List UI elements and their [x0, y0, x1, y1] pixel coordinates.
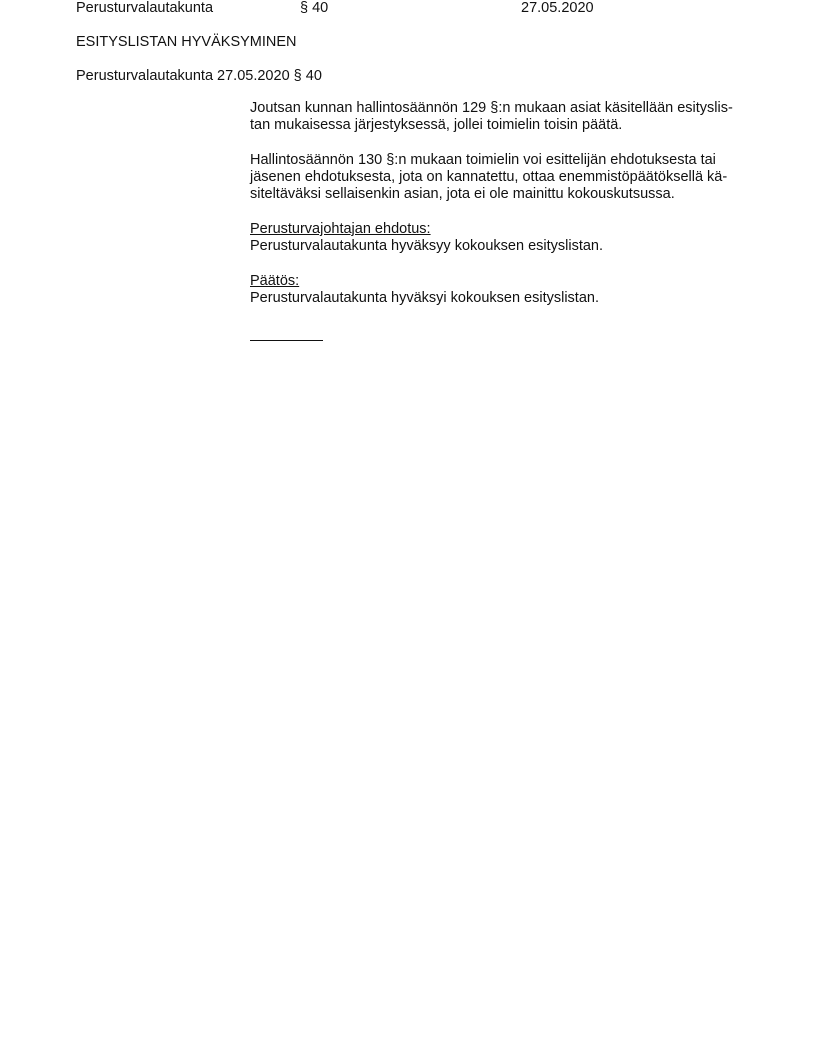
- document-title: ESITYSLISTAN HYVÄKSYMINEN: [76, 34, 297, 51]
- header-section-number: § 40: [300, 0, 328, 17]
- paragraph-agenda-order: Joutsan kunnan hallintosäännön 129 §:n m…: [250, 100, 750, 134]
- paragraph-line: tan mukaisessa järjestyksessä, jollei to…: [250, 117, 750, 134]
- paragraph-line: Joutsan kunnan hallintosäännön 129 §:n m…: [250, 100, 750, 117]
- proposal-text: Perusturvalautakunta hyväksyy kokouksen …: [250, 238, 750, 255]
- meeting-reference: Perusturvalautakunta 27.05.2020 § 40: [76, 68, 322, 85]
- decision-text: Perusturvalautakunta hyväksyi kokouksen …: [250, 290, 750, 307]
- header-organization: Perusturvalautakunta: [76, 0, 213, 17]
- paragraph-additional-items: Hallintosäännön 130 §:n mukaan toimielin…: [250, 152, 750, 203]
- paragraph-line: Hallintosäännön 130 §:n mukaan toimielin…: [250, 152, 750, 169]
- proposal-section: Perusturvajohtajan ehdotus: Perusturvala…: [250, 221, 750, 255]
- header-date: 27.05.2020: [521, 0, 594, 17]
- document-body: Joutsan kunnan hallintosäännön 129 §:n m…: [250, 100, 750, 325]
- end-separator-line: [250, 340, 323, 341]
- paragraph-line: jäsenen ehdotuksesta, jota on kannatettu…: [250, 169, 750, 186]
- proposal-label: Perusturvajohtajan ehdotus:: [250, 221, 750, 238]
- decision-section: Päätös: Perusturvalautakunta hyväksyi ko…: [250, 273, 750, 307]
- paragraph-line: siteltäväksi sellaisenkin asian, jota ei…: [250, 186, 750, 203]
- decision-label: Päätös:: [250, 273, 750, 290]
